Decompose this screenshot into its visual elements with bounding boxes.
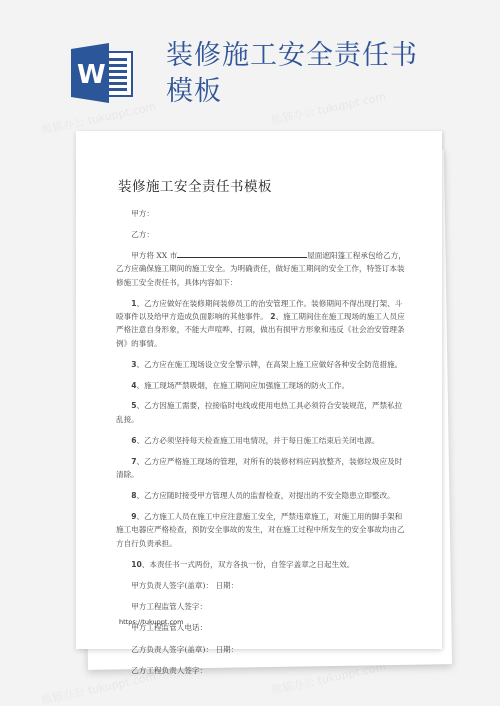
clause-text: 、乙方因施工需要，拉接临时电线或使用电热工具必须符合安装规范，严禁私拉乱接。: [116, 401, 402, 423]
clause-5: 5、乙方因施工需要，拉接临时电线或使用电热工具必须符合安装规范，严禁私拉乱接。: [116, 399, 408, 426]
party-a-label: 甲方：: [131, 209, 154, 218]
source-url: https://tukuppt.com: [119, 618, 183, 626]
clause-4: 4、施工现场严禁吸烟，在施工期间应加强施工现场的防火工作。: [116, 379, 408, 392]
intro-before-blank: 甲方将 XX 市: [131, 251, 177, 260]
clause-3: 3、乙方应在施工现场设立安全警示牌，在高架上施工应做好各种安全防范措施。: [116, 358, 408, 371]
signature-line-party-b-head: 乙方负责人签字(盖章)： 日期：: [116, 643, 408, 656]
clause-9: 9、乙方施工人员在施工中应注意施工安全，严禁违章施工，对施工用的脚手架和施工电器…: [116, 510, 408, 550]
clause-6: 6、乙方必须坚持每天检查施工用电情况，并于每日施工结束后关闭电源。: [116, 434, 408, 447]
clause-text: 、乙方施工人员在施工中应注意施工安全，严禁违章施工，对施工用的脚手架和施工电器应…: [116, 512, 405, 548]
page-title: 装修施工安全责任书模板: [166, 38, 436, 110]
clause-text: 、乙方应在施工现场设立安全警示牌，在高架上施工应做好各种安全防范措施。: [136, 360, 402, 369]
document-page: 装修施工安全责任书模板 甲方： 乙方： 甲方将 XX 市屋面遮阳篷工程承包给乙方…: [76, 131, 442, 649]
fill-blank-line: [177, 249, 307, 258]
clause-number: 10: [131, 560, 142, 569]
signature-line-party-a-head: 甲方负责人签字(盖章)： 日期：: [116, 579, 408, 592]
clause-7: 7、乙方应严格施工现场的管理，对所有的装修材料应码放整齐，装修垃圾应及时清除。: [116, 455, 408, 482]
clause-8: 8、乙方应随时接受甲方管理人员的监督检查，对提出的不安全隐患立即整改。: [116, 489, 408, 502]
document-title: 装修施工安全责任书模板: [118, 175, 272, 195]
signature-line-party-a-supervisor: 甲方工程监管人签字：: [116, 600, 408, 613]
clause-1-2: 1、乙方应做好在装修期间装修员工的治安管理工作。装修期间不得出现打架、斗殴事件以…: [116, 297, 408, 351]
clause-text: 、施工现场严禁吸烟，在施工期间应加强施工现场的防火工作。: [136, 381, 349, 390]
page-header: W 装修施工安全责任书模板: [0, 0, 500, 130]
clause-text: 、本责任书一式两份，双方各执一份，自签字盖章之日起生效。: [142, 560, 355, 569]
document-body: 甲方： 乙方： 甲方将 XX 市屋面遮阳篷工程承包给乙方，乙方应确保施工期间的施…: [116, 207, 408, 686]
intro-paragraph: 甲方将 XX 市屋面遮阳篷工程承包给乙方，乙方应确保施工期间的施工安全。为明确责…: [116, 249, 408, 289]
svg-text:W: W: [77, 60, 106, 90]
word-document-icon: W: [69, 43, 135, 103]
clause-text: 、乙方应严格施工现场的管理，对所有的装修材料应码放整齐，装修垃圾应及时清除。: [116, 457, 402, 479]
party-b-line: 乙方：: [116, 228, 408, 241]
clause-text: 、乙方必须坚持每天检查施工用电情况，并于每日施工结束后关闭电源。: [136, 436, 379, 445]
clause-10: 10、本责任书一式两份，双方各执一份，自签字盖章之日起生效。: [116, 558, 408, 571]
party-b-label: 乙方：: [131, 230, 154, 239]
signature-line-party-b-engineer: 乙方工程负责人签字：: [116, 664, 408, 677]
party-a-line: 甲方：: [116, 207, 408, 220]
clause-text: 、乙方应随时接受甲方管理人员的监督检查，对提出的不安全隐患立即整改。: [136, 491, 394, 500]
